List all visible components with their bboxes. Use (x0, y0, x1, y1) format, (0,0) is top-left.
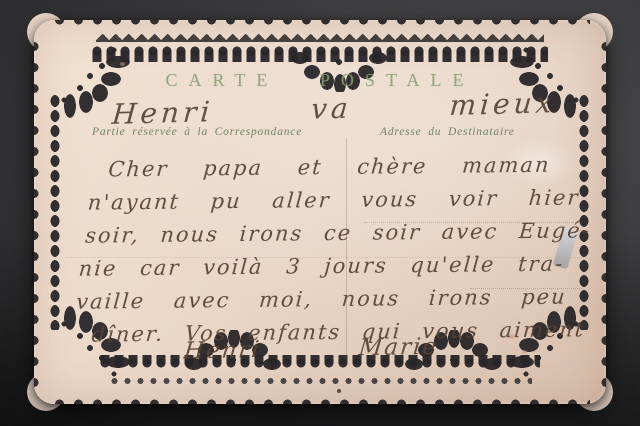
message-line: Cher papa et chère maman (107, 148, 597, 186)
message-line: nie car voilà 3 jours qu'elle tra- (77, 247, 589, 285)
lace-dots-row-bottom (108, 377, 532, 386)
paper-speck (120, 62, 125, 66)
signature-henri: Henri (183, 337, 263, 364)
lace-zigzag-row-top (96, 32, 544, 42)
lace-edge-bottom (50, 395, 590, 404)
handwritten-header-note: Henri va mieux (111, 86, 557, 131)
lace-postcard: CARTE POSTALE Partie réservée à la Corre… (28, 14, 612, 410)
postcard-paper: CARTE POSTALE Partie réservée à la Corre… (34, 20, 606, 404)
photo-background: CARTE POSTALE Partie réservée à la Corre… (0, 0, 640, 426)
paper-speck (522, 350, 527, 354)
message-line: vaille avec moi, nous irons peu (75, 280, 587, 318)
lace-edge-top (50, 20, 590, 29)
message-line: n'ayant pu aller vous voir hier (87, 181, 595, 219)
address-section-label: Adresse du Destinataire (380, 126, 515, 138)
message-line: soir, nous irons ce soir avec Eugé- (84, 214, 592, 252)
signature-marie: Marie (357, 334, 439, 361)
signature-row: Henri Marie (183, 334, 440, 364)
handwritten-message: Cher papa et chère maman n'ayant pu alle… (76, 148, 596, 351)
paper-speck (337, 389, 341, 393)
